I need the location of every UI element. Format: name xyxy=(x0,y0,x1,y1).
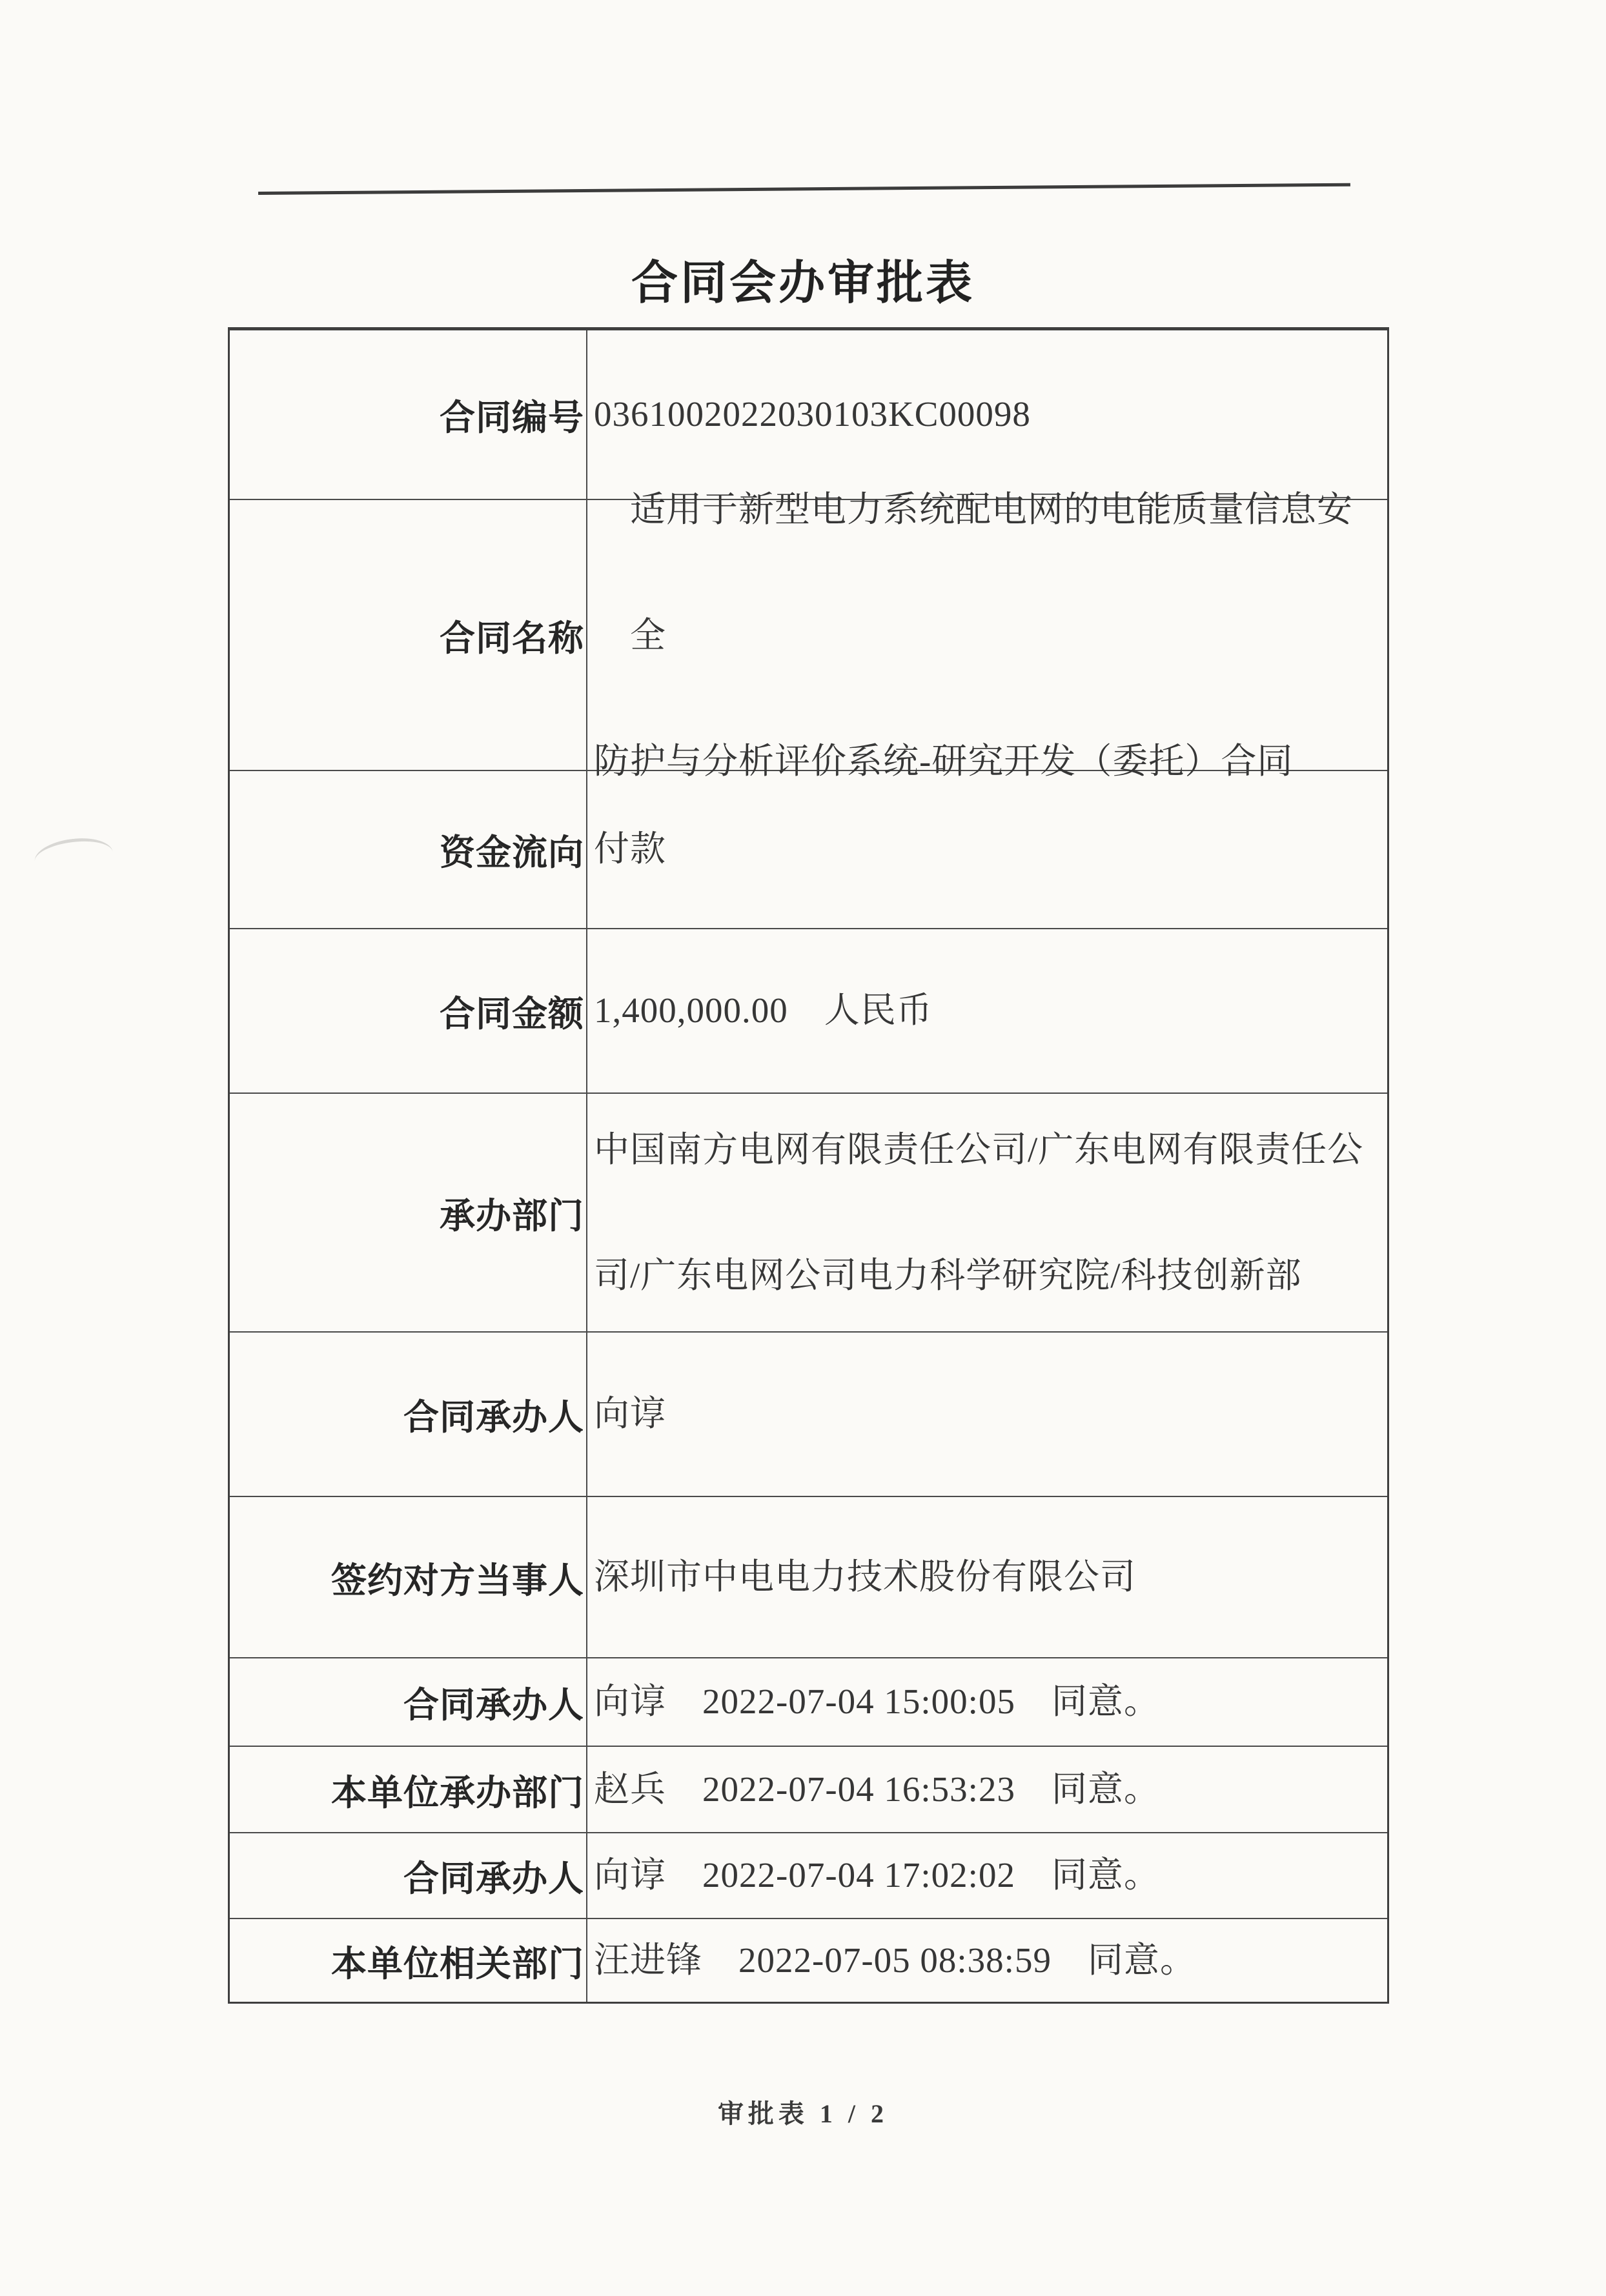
row-label: 合同承办人 xyxy=(230,1333,587,1496)
value-line: 适用于新型电力系统配电网的电能质量信息安全 xyxy=(594,447,1377,698)
row-label: 合同金额 xyxy=(230,929,587,1093)
approval-table: 合同编号 0361002022030103KC00098 合同名称 适用于新型电… xyxy=(228,327,1389,2004)
row-value: 深圳市中电电力技术股份有限公司 xyxy=(587,1497,1387,1657)
row-label: 合同承办人 xyxy=(230,1658,587,1746)
row-label: 本单位承办部门 xyxy=(230,1747,587,1832)
table-row-contract-amount: 合同金额 1,400,000.00 人民币 xyxy=(230,928,1387,1093)
row-value: 适用于新型电力系统配电网的电能质量信息安全 防护与分析评价系统-研究开发（委托）… xyxy=(587,500,1387,770)
document-page: 合同会办审批表 合同编号 0361002022030103KC00098 合同名… xyxy=(0,0,1606,2296)
page-number-text: 审批表 1 / 2 xyxy=(718,2099,888,2128)
table-row-approval-4: 本单位相关部门 汪进锋 2022-07-05 08:38:59 同意。 xyxy=(230,1918,1387,2002)
document-title: 合同会办审批表 xyxy=(0,245,1606,312)
header-rule xyxy=(258,183,1350,195)
row-value: 付款 xyxy=(587,771,1387,928)
row-label: 合同名称 xyxy=(230,500,587,770)
value-line: 司/广东电网公司电力科学研究院/科技创新部 xyxy=(594,1213,1377,1338)
scan-mark xyxy=(32,834,113,865)
row-label: 合同编号 xyxy=(230,330,587,499)
row-value: 向谆 2022-07-04 15:00:05 同意。 xyxy=(587,1658,1387,1746)
row-value: 向谆 xyxy=(587,1333,1387,1496)
table-row-approval-3: 合同承办人 向谆 2022-07-04 17:02:02 同意。 xyxy=(230,1832,1387,1918)
row-label: 本单位相关部门 xyxy=(230,1919,587,2002)
row-label: 承办部门 xyxy=(230,1094,587,1331)
row-value: 汪进锋 2022-07-05 08:38:59 同意。 xyxy=(587,1919,1387,2002)
page-footer: 审批表 1 / 2 xyxy=(0,2093,1606,2130)
row-label: 签约对方当事人 xyxy=(230,1497,587,1657)
row-label: 资金流向 xyxy=(230,771,587,928)
table-row-counterparty: 签约对方当事人 深圳市中电电力技术股份有限公司 xyxy=(230,1496,1387,1657)
table-row-approval-2: 本单位承办部门 赵兵 2022-07-04 16:53:23 同意。 xyxy=(230,1746,1387,1832)
table-row-contract-name: 合同名称 适用于新型电力系统配电网的电能质量信息安全 防护与分析评价系统-研究开… xyxy=(230,499,1387,770)
row-value: 向谆 2022-07-04 17:02:02 同意。 xyxy=(587,1833,1387,1918)
row-value: 中国南方电网有限责任公司/广东电网有限责任公 司/广东电网公司电力科学研究院/科… xyxy=(587,1094,1387,1331)
row-value: 1,400,000.00 人民币 xyxy=(587,929,1387,1093)
value-line: 中国南方电网有限责任公司/广东电网有限责任公 xyxy=(594,1087,1377,1213)
table-row-approval-1: 合同承办人 向谆 2022-07-04 15:00:05 同意。 xyxy=(230,1657,1387,1746)
row-label: 合同承办人 xyxy=(230,1833,587,1918)
table-row-contract-handler: 合同承办人 向谆 xyxy=(230,1331,1387,1496)
table-row-fund-direction: 资金流向 付款 xyxy=(230,770,1387,928)
row-value: 赵兵 2022-07-04 16:53:23 同意。 xyxy=(587,1747,1387,1832)
table-row-handling-department: 承办部门 中国南方电网有限责任公司/广东电网有限责任公 司/广东电网公司电力科学… xyxy=(230,1093,1387,1331)
